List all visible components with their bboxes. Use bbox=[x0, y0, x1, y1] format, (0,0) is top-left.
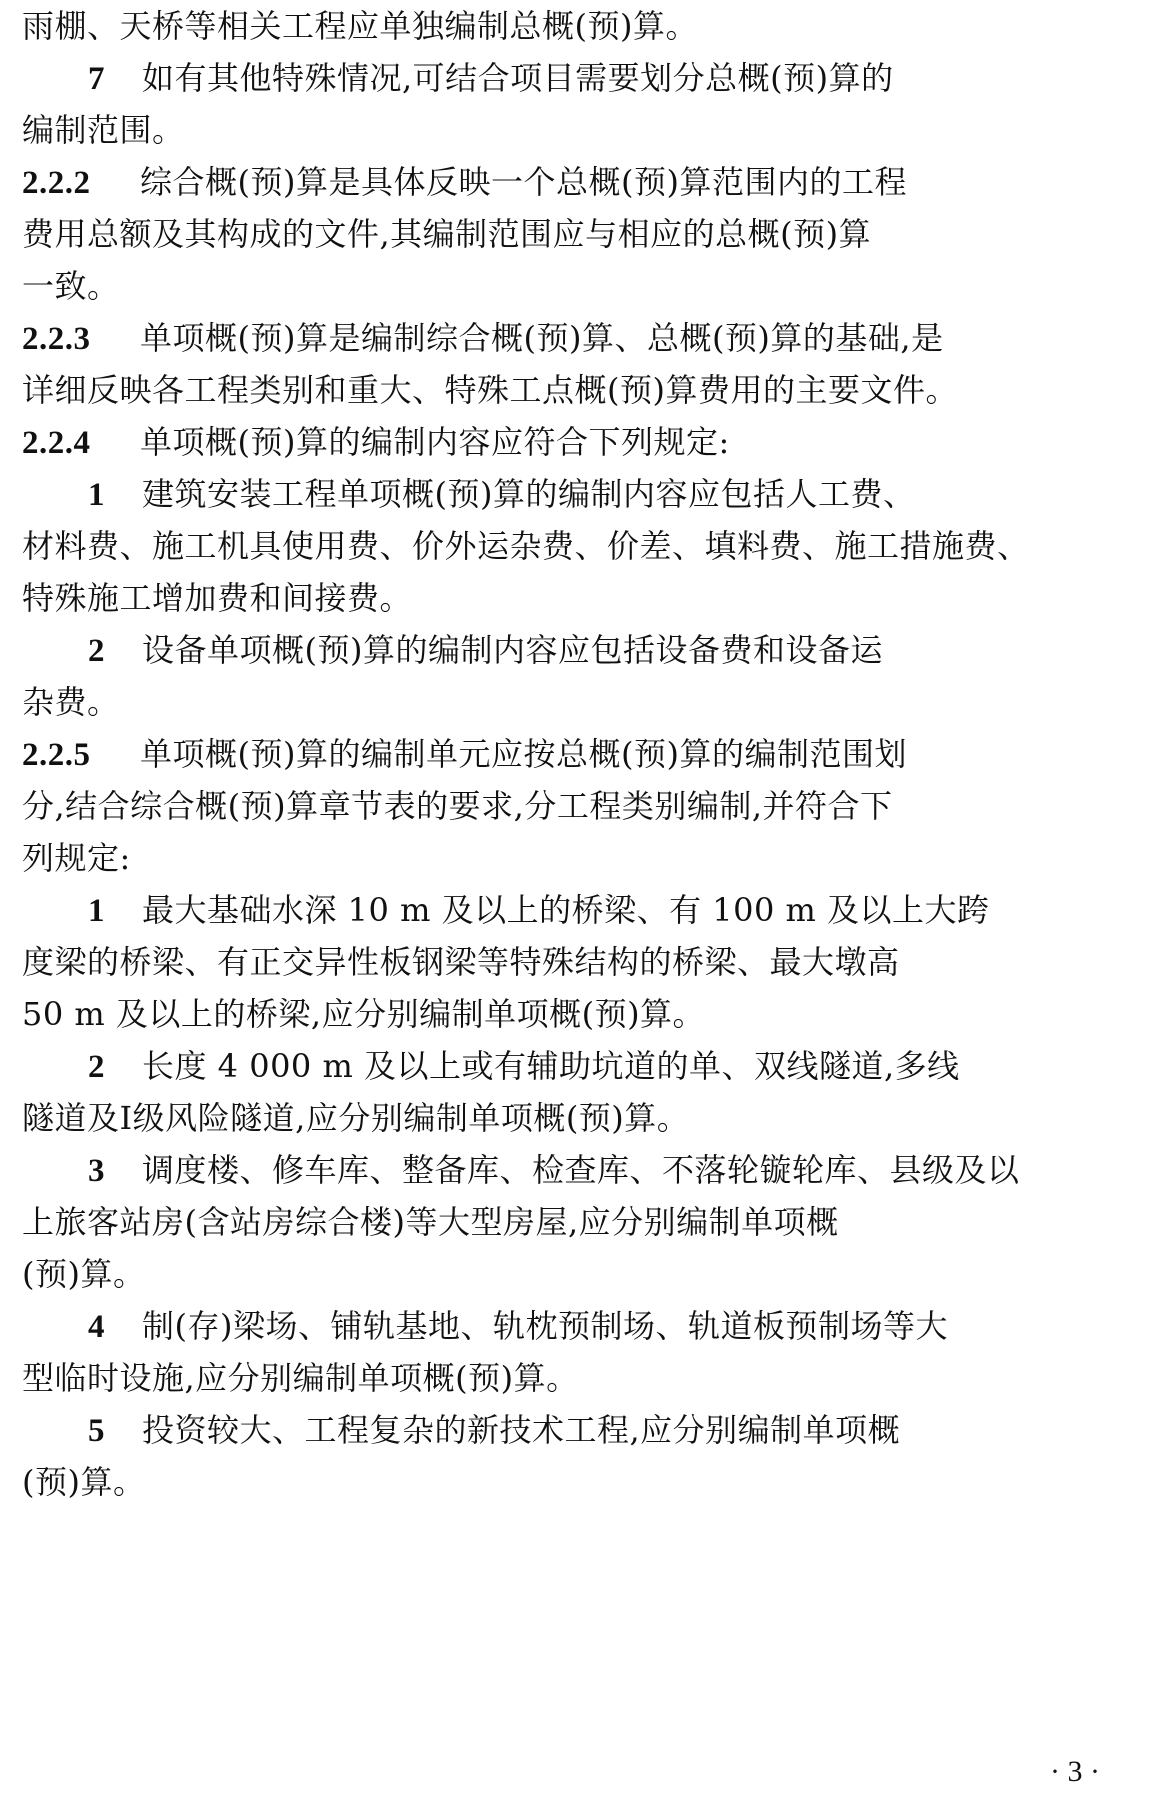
page-number: · 3 · bbox=[1050, 1755, 1100, 1789]
clause-number: 2.2.2 bbox=[22, 157, 140, 209]
clause-number: 2.2.3 bbox=[22, 313, 140, 365]
text-line: 详细反映各工程类别和重大、特殊工点概(预)算费用的主要文件。 bbox=[22, 364, 958, 416]
list-item-4: 4制(存)梁场、铺轨基地、轨枕预制场、轨道板预制场等大 bbox=[88, 1300, 948, 1352]
text-line: 编制范围。 bbox=[22, 104, 185, 156]
text-line: 隧道及Ⅰ级风险隧道,应分别编制单项概(预)算。 bbox=[22, 1092, 689, 1144]
text-line: 雨棚、天桥等相关工程应单独编制总概(预)算。 bbox=[22, 0, 698, 52]
item-number: 7 bbox=[88, 53, 142, 105]
text-line: (预)算。 bbox=[22, 1248, 145, 1300]
text-line: 一致。 bbox=[22, 260, 120, 312]
text-line: 材料费、施工机具使用费、价外运杂费、价差、填料费、施工措施费、 bbox=[22, 520, 1030, 572]
clause-2-2-5: 2.2.5单项概(预)算的编制单元应按总概(预)算的编制范围划 bbox=[22, 728, 907, 780]
clause-number: 2.2.4 bbox=[22, 417, 140, 469]
item-number: 4 bbox=[88, 1301, 142, 1353]
text-line: 度梁的桥梁、有正交异性板钢梁等特殊结构的桥梁、最大墩高 bbox=[22, 936, 900, 988]
clause-2-2-2: 2.2.2综合概(预)算是具体反映一个总概(预)算范围内的工程 bbox=[22, 156, 907, 208]
item-number: 5 bbox=[88, 1405, 142, 1457]
text-line: 50 m 及以上的桥梁,应分别编制单项概(预)算。 bbox=[22, 988, 705, 1040]
item-number: 2 bbox=[88, 625, 142, 677]
item-number: 2 bbox=[88, 1041, 142, 1093]
clause-number: 2.2.5 bbox=[22, 729, 140, 781]
text-line: 上旅客站房(含站房综合楼)等大型房屋,应分别编制单项概 bbox=[22, 1196, 839, 1248]
list-item-2: 2设备单项概(预)算的编制内容应包括设备费和设备运 bbox=[88, 624, 883, 676]
text-line: 杂费。 bbox=[22, 676, 120, 728]
list-item-5: 5投资较大、工程复杂的新技术工程,应分别编制单项概 bbox=[88, 1404, 900, 1456]
list-item-3: 3调度楼、修车库、整备库、检查库、不落轮镟轮库、县级及以 bbox=[88, 1144, 1020, 1196]
clause-2-2-3: 2.2.3单项概(预)算是编制综合概(预)算、总概(预)算的基础,是 bbox=[22, 312, 944, 364]
list-item-2: 2长度 4 000 m 及以上或有辅助坑道的单、双线隧道,多线 bbox=[88, 1040, 960, 1092]
item-number: 1 bbox=[88, 469, 142, 521]
text-line: 型临时设施,应分别编制单项概(预)算。 bbox=[22, 1352, 579, 1404]
text-line: 特殊施工增加费和间接费。 bbox=[22, 572, 412, 624]
item-number: 1 bbox=[88, 885, 142, 937]
list-item-1: 1建筑安装工程单项概(预)算的编制内容应包括人工费、 bbox=[88, 468, 915, 520]
text-line: 费用总额及其构成的文件,其编制范围应与相应的总概(预)算 bbox=[22, 208, 871, 260]
item-number: 3 bbox=[88, 1145, 142, 1197]
text-line: 分,结合综合概(预)算章节表的要求,分工程类别编制,并符合下 bbox=[22, 780, 893, 832]
text-line: 列规定: bbox=[22, 832, 131, 884]
text-line: (预)算。 bbox=[22, 1456, 145, 1508]
clause-2-2-4: 2.2.4单项概(预)算的编制内容应符合下列规定: bbox=[22, 416, 730, 468]
list-item-7: 7如有其他特殊情况,可结合项目需要划分总概(预)算的 bbox=[88, 52, 894, 104]
list-item-1: 1最大基础水深 10 m 及以上的桥梁、有 100 m 及以上大跨 bbox=[88, 884, 990, 936]
